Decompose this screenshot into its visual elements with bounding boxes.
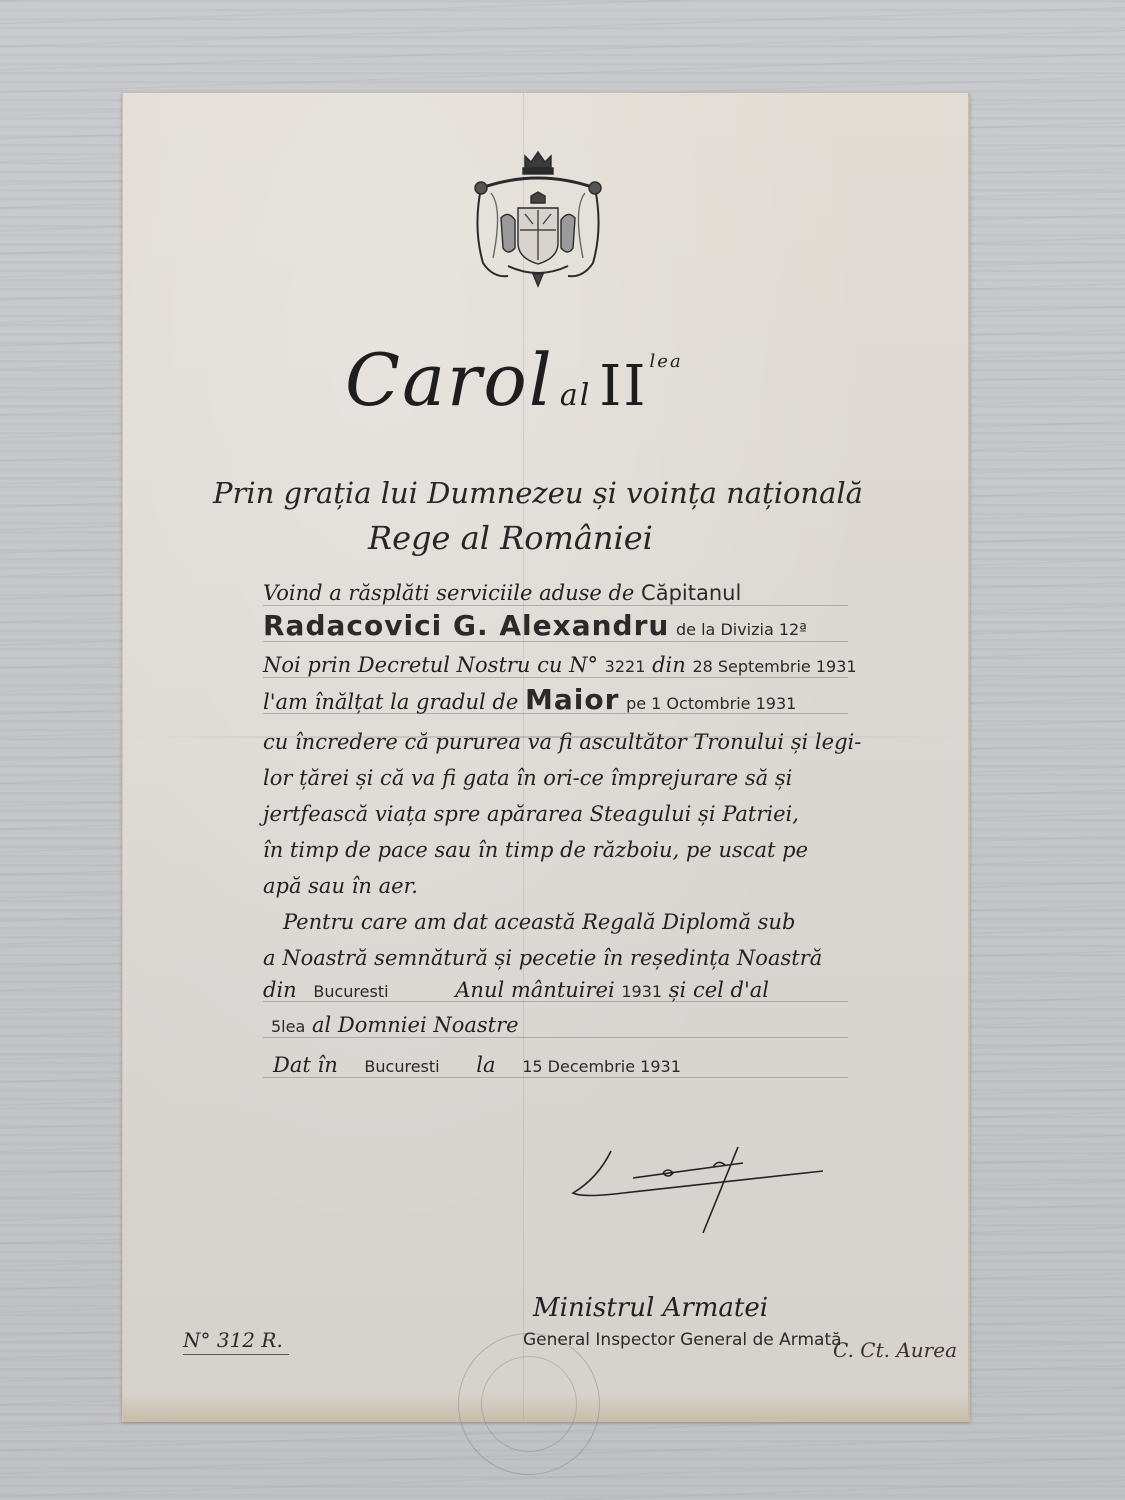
registry-number: N° 312 R. [183, 1328, 289, 1355]
promotion-date: pe 1 Octombrie 1931 [626, 694, 796, 713]
body-line-5: cu încredere că pururea va fi ascultător… [263, 730, 861, 754]
division: de la Divizia 12ª [676, 620, 807, 639]
body-line-7: jertfească viața spre apărarea Steagului… [263, 802, 799, 826]
given-date: 15 Decembrie 1931 [522, 1057, 681, 1076]
given-place: Bucuresti [364, 1057, 439, 1076]
body-line-9: apă sau în aer. [263, 874, 418, 898]
body-line-10: Pentru care am dat această Regală Diplom… [283, 910, 795, 934]
body-line-4: l'am înălțat la gradul de Maior pe 1 Oct… [263, 683, 796, 716]
diploma-paper: CarolalIIlea Prin grația lui Dumnezeu și… [122, 93, 970, 1422]
minister-signature: C. Ct. Aurea [833, 1338, 957, 1362]
salvation-year: 1931 [621, 982, 662, 1001]
decree-number: 3221 [605, 657, 646, 676]
body-line-11: a Noastră semnătură și pecetie în reședi… [263, 946, 822, 970]
body-line-13: 5lea al Domniei Noastre [271, 1013, 519, 1037]
grace-of-god-line: Prin grația lui Dumnezeu și voința națio… [213, 476, 863, 510]
king-of-romania-line: Rege al României [368, 519, 653, 557]
body-line-1: Voind a răsplăti serviciile aduse de Căp… [263, 581, 741, 605]
ordinal-roman: II [599, 354, 647, 419]
monarch-title: CarolalIIlea [345, 338, 683, 422]
minister-role: General Inspector General de Armată [523, 1330, 842, 1350]
body-line-12: din Bucuresti Anul mântuirei 1931 și cel… [263, 978, 769, 1002]
reign-year: 5lea [271, 1017, 305, 1036]
coat-of-arms-icon [463, 148, 613, 293]
body-line-6: lor țărei și că va fi gata în ori-ce împ… [263, 766, 792, 790]
ordinal-suffix: lea [650, 351, 683, 372]
minister-title: Ministrul Armatei [533, 1293, 768, 1323]
royal-signature [563, 1133, 833, 1233]
body-line-8: în timp de pace sau în timp de războiu, … [263, 838, 808, 862]
body-line-2: Radacovici G. Alexandru de la Divizia 12… [263, 609, 807, 642]
rank-previous: Căpitanul [641, 581, 741, 605]
decree-date: 28 Septembrie 1931 [692, 657, 856, 676]
ordinal-prefix: al [560, 378, 591, 413]
monarch-name: Carol [345, 338, 554, 422]
body-line-14: Dat în Bucuresti la 15 Decembrie 1931 [273, 1053, 681, 1077]
body-line-3: Noi prin Decretul Nostru cu N° 3221 din … [263, 653, 857, 677]
residence-place: Bucuresti [313, 982, 388, 1001]
faded-seal-stamp [458, 1333, 600, 1475]
new-rank: Maior [525, 683, 619, 716]
officer-name: Radacovici G. Alexandru [263, 609, 669, 642]
